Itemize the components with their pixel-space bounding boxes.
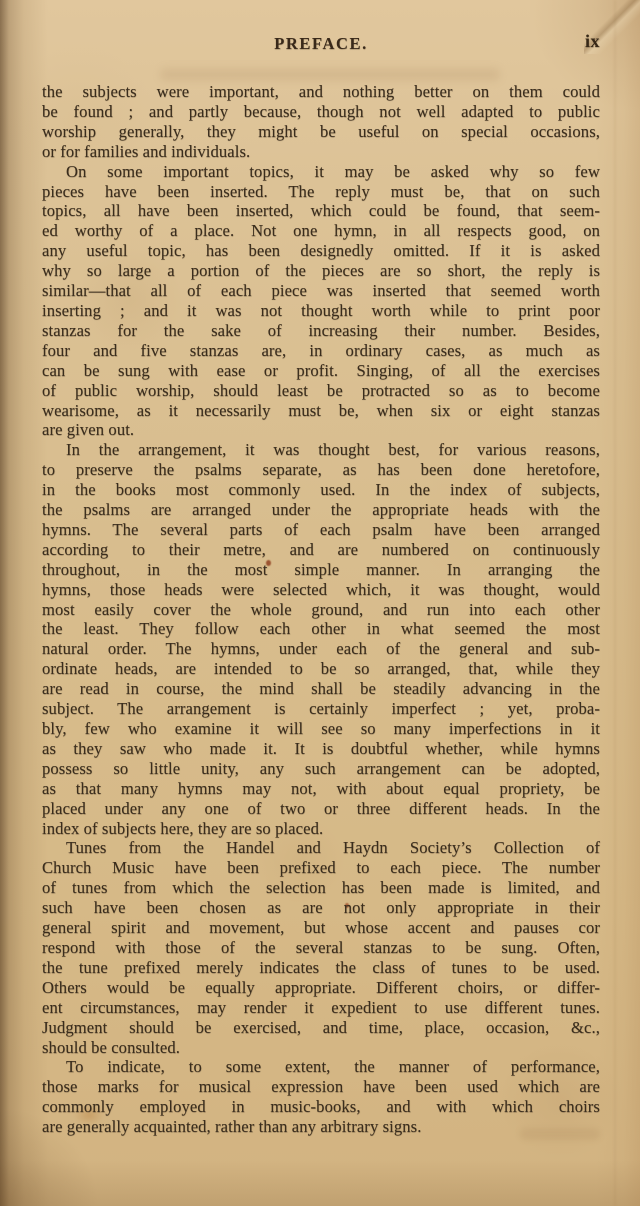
text-line: ed worthy of a place. Not one hymn, in a… — [42, 221, 600, 241]
text-line: index of subjects here, they are so plac… — [42, 819, 600, 839]
text-line: four and five stanzas are, in ordinary c… — [42, 341, 600, 361]
running-head: PREFACE. ix — [42, 34, 600, 58]
text-line: as that many hymns may not, with about e… — [42, 779, 600, 799]
text-line: to preserve the psalms separate, as has … — [42, 460, 600, 480]
page-edge-line — [614, 0, 616, 1206]
text-line: throughout, in the most simple manner. I… — [42, 560, 600, 580]
text-line: ordinate heads, are intended to be so ar… — [42, 659, 600, 679]
text-line: Judgment should be exercised, and time, … — [42, 1018, 600, 1038]
text-line: in the books most commonly used. In the … — [42, 480, 600, 500]
text-line: Tunes from the Handel and Haydn Society’… — [42, 838, 600, 858]
text-line: natural order. The hymns, under each of … — [42, 639, 600, 659]
text-line: as they saw who made it. It is doubtful … — [42, 739, 600, 759]
text-line: hymns, those heads were selected which, … — [42, 580, 600, 600]
text-line: can be sung with ease or profit. Singing… — [42, 361, 600, 381]
text-line: wearisome, as it necessarily must be, wh… — [42, 401, 600, 421]
page-body: the subjects were important, and nothing… — [42, 82, 600, 1137]
page-number: ix — [585, 31, 600, 52]
page-title: PREFACE. — [42, 34, 600, 54]
text-line: Others would be equally appropriate. Dif… — [42, 978, 600, 998]
text-line: most easily cover the whole ground, and … — [42, 600, 600, 620]
text-line: worship generally, they might be useful … — [42, 122, 600, 142]
text-line: To indicate, to some extent, the manner … — [42, 1057, 600, 1077]
text-line: respond with those of the several stanza… — [42, 938, 600, 958]
text-line: the tune prefixed merely indicates the c… — [42, 958, 600, 978]
text-line: topics, all have been inserted, which co… — [42, 201, 600, 221]
text-line: In the arrangement, it was thought best,… — [42, 440, 600, 460]
text-line: placed under any one of two or three dif… — [42, 799, 600, 819]
text-line: are generally acquainted, rather than an… — [42, 1117, 600, 1137]
text-line: those marks for musical expression have … — [42, 1077, 600, 1097]
text-line: bly, few who examine it will see so many… — [42, 719, 600, 739]
text-line: similar—that all of each piece was inser… — [42, 281, 600, 301]
book-page: PREFACE. ix the subjects were important,… — [0, 0, 640, 1206]
text-line: subject. The arrangement is certainly im… — [42, 699, 600, 719]
text-line: general spirit and movement, but whose a… — [42, 918, 600, 938]
text-line: are given out. — [42, 420, 600, 440]
ink-showthrough-smudge — [160, 68, 500, 81]
text-line: the least. They follow each other in wha… — [42, 619, 600, 639]
text-line: according to their metre, and are number… — [42, 540, 600, 560]
text-line: stanzas for the sake of increasing their… — [42, 321, 600, 341]
text-line: such have been chosen as are not only ap… — [42, 898, 600, 918]
text-line: or for families and individuals. — [42, 142, 600, 162]
text-line: possess so little unity, any such arrang… — [42, 759, 600, 779]
text-line: commonly employed in music-books, and wi… — [42, 1097, 600, 1117]
text-line: any useful topic, has been designedly om… — [42, 241, 600, 261]
text-line: inserting ; and it was not thought worth… — [42, 301, 600, 321]
text-line: the psalms are arranged under the approp… — [42, 500, 600, 520]
text-line: Church Music have been prefixed to each … — [42, 858, 600, 878]
text-line: the subjects were important, and nothing… — [42, 82, 600, 102]
text-line: On some important topics, it may be aske… — [42, 162, 600, 182]
text-line: of public worship, should least be protr… — [42, 381, 600, 401]
text-line: why so large a portion of the pieces are… — [42, 261, 600, 281]
text-line: be found ; and partly because, though no… — [42, 102, 600, 122]
text-line: pieces have been inserted. The reply mus… — [42, 182, 600, 202]
text-line: are read in course, the mind shall be st… — [42, 679, 600, 699]
text-line: ent circumstances, may render it expedie… — [42, 998, 600, 1018]
text-line: of tunes from which the selection has be… — [42, 878, 600, 898]
text-line: should be consulted. — [42, 1038, 600, 1058]
text-line: hymns. The several parts of each psalm h… — [42, 520, 600, 540]
